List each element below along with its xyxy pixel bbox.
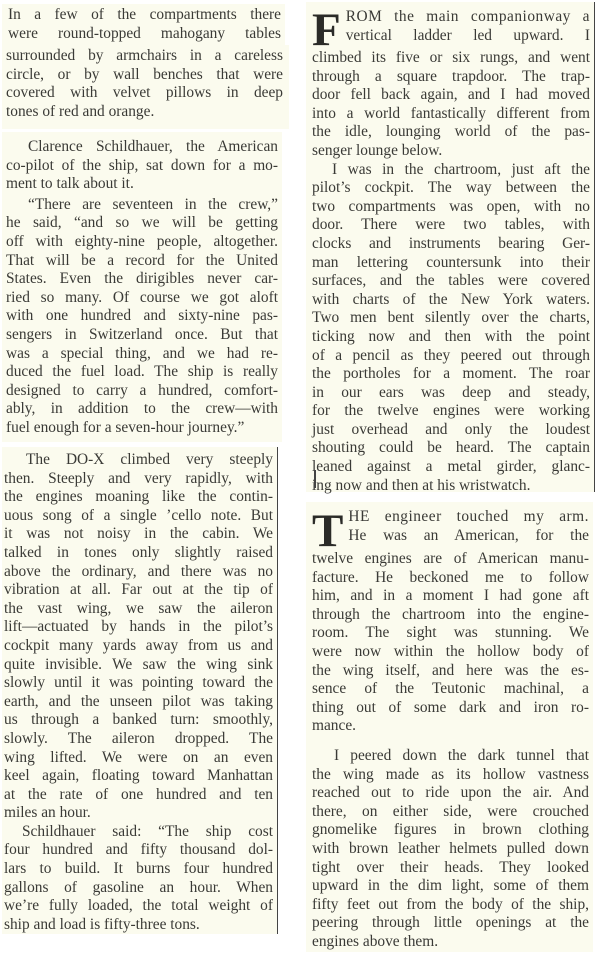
text-line: him, and in a moment I had gone aft bbox=[312, 587, 589, 606]
text-line: “There are seventeen in the crew,” bbox=[6, 196, 278, 215]
text-line: of a pencil as they peered out through bbox=[312, 347, 590, 366]
text-line: door fell back again, and I had moved bbox=[312, 86, 590, 105]
text-line: the wing itself, and here was the es- bbox=[312, 662, 589, 681]
text-line: room. The sight was stunning. We bbox=[312, 624, 589, 643]
text-line: States. Even the dirigibles never car- bbox=[6, 270, 278, 289]
text-line: earth, and the unseen pilot was taking bbox=[4, 693, 273, 712]
text-line: slowly. The aileron dropped. The bbox=[4, 730, 273, 749]
text-line: just overhead and only the loudest bbox=[312, 421, 590, 440]
text-line: he said, “and so we will be getting bbox=[6, 214, 278, 233]
text-line: the wing made as its hollow vastness bbox=[312, 766, 589, 785]
text-line: into a world fantastically different fro… bbox=[312, 105, 590, 124]
text-line: mance. bbox=[312, 717, 589, 736]
text-line: upward in the dim light, some of them bbox=[312, 877, 589, 896]
text-line: the portholes for a moment. The roar bbox=[312, 365, 590, 384]
text-line: ing now and then at his wristwatch. bbox=[312, 477, 590, 496]
text-line: Clarence Schildhauer, the American bbox=[6, 138, 278, 157]
text-line: two compartments was open, with no bbox=[312, 198, 590, 217]
text-line: He was an American, for the bbox=[312, 527, 589, 546]
text-line: gallons of gasoline an hour. When bbox=[4, 879, 273, 898]
text-line: uous song of a single ’cello note. But bbox=[4, 507, 273, 526]
drop-cap-f: F bbox=[312, 11, 341, 49]
text-line: vibration at all. Far out at the tip of bbox=[4, 581, 273, 600]
text-line: it was not noisy in the cabin. We bbox=[4, 525, 273, 544]
text-line: through a square trapdoor. The trap- bbox=[312, 68, 590, 87]
text-line: keel again, floating toward Manhattan bbox=[4, 767, 273, 786]
clipping-dox-climb: The DO-X climbed very steeply then. Stee… bbox=[2, 447, 278, 934]
text-line: at the rate of one hundred and ten bbox=[4, 786, 273, 805]
text-line: senger lounge below. bbox=[312, 142, 590, 161]
text-line: us through a banked turn: smoothly, bbox=[4, 711, 273, 730]
text-line: covered with velvet pillows in deep bbox=[6, 84, 283, 103]
text-line: there, on either side, were crouched bbox=[312, 803, 589, 822]
text-line: lift—actuated by hands in the pilot’s bbox=[4, 618, 273, 637]
text-line: I was in the chartroom, just aft the bbox=[312, 161, 590, 180]
text-line: ment to talk about it. bbox=[6, 175, 278, 194]
text-line: climbed its five or six rungs, and went bbox=[312, 49, 590, 68]
text-line: facture. He beckoned me to follow bbox=[312, 569, 589, 588]
text-line: ticking now and then with the point bbox=[312, 328, 590, 347]
text-line: lars to build. It burns four hundred bbox=[4, 860, 273, 879]
text-line: with brown leather helmets pulled down bbox=[312, 840, 589, 859]
text-line: co-pilot of the ship, sat down for a mo- bbox=[6, 157, 278, 176]
text-line: peering through little openings at the bbox=[312, 914, 589, 933]
text-line: quite invisible. We saw the wing sink bbox=[4, 656, 273, 675]
text-line: The DO-X climbed very steeply bbox=[4, 451, 273, 470]
text-line: Two men bent silently over the charts, bbox=[312, 309, 590, 328]
text-line: above the ordinary, and there was no bbox=[4, 563, 273, 582]
text-line: fuel enough for a seven-hour journey.” bbox=[6, 419, 278, 438]
text-line: In a few of the compartments there bbox=[8, 6, 281, 25]
text-line: we’re fully loaded, the total weight of bbox=[4, 897, 273, 916]
text-line: surfaces, and the tables were covered bbox=[312, 272, 590, 291]
text-line: tones of red and orange. bbox=[6, 103, 283, 122]
text-line: wing lifted. We were on an even bbox=[4, 749, 273, 768]
text-line: clocks and instruments bearing Ger- bbox=[312, 235, 590, 254]
text-line: slowly until it was pointing toward the bbox=[4, 674, 273, 693]
text-line: was a special thing, and we had re- bbox=[6, 345, 278, 364]
clipping-edge-mark bbox=[314, 470, 316, 488]
clipping-engineer: T HE engineer touched my arm. He was an … bbox=[306, 502, 593, 741]
text-line: That will be a record for the United bbox=[6, 252, 278, 271]
text-line: ried so many. Of course we got aloft bbox=[6, 289, 278, 308]
text-line: leaned against a metal girder, glanc- bbox=[312, 458, 590, 477]
drop-cap-t: T bbox=[312, 512, 343, 550]
text-line: I peered down the dark tunnel that bbox=[312, 747, 589, 766]
text-line: shouting could be heard. The captain bbox=[312, 439, 590, 458]
text-line: cockpit many yards away from us and bbox=[4, 637, 273, 656]
text-line: with charts of the New York waters. bbox=[312, 291, 590, 310]
text-line: miles an hour. bbox=[4, 804, 273, 823]
text-line: door. There were two tables, with bbox=[312, 216, 590, 235]
clipping-schildhauer-interview: Clarence Schildhauer, the American co-pi… bbox=[2, 132, 282, 442]
clipping-compartments-furniture: surrounded by armchairs in a careless ci… bbox=[2, 45, 289, 129]
text-line: sengers in Switzerland once. But that bbox=[6, 326, 278, 345]
text-line: gnomelike figures in brown clothing bbox=[312, 821, 589, 840]
text-line: twelve engines are of American manu- bbox=[312, 550, 589, 569]
text-line: ROM the main companionway a bbox=[312, 8, 590, 27]
text-line: thing out of some dark and iron ro- bbox=[312, 699, 589, 718]
text-line: engines above them. bbox=[312, 933, 589, 952]
clipping-compartments-intro: In a few of the compartments there were … bbox=[2, 4, 285, 45]
text-line: designed to carry a hundred, comfort- bbox=[6, 382, 278, 401]
text-line: fifty feet out from the body of the ship… bbox=[312, 896, 589, 915]
text-line: pilot’s cockpit. The way between the bbox=[312, 179, 590, 198]
text-line: for the twelve engines were working bbox=[312, 402, 590, 421]
text-line: off with eighty-nine people, altogether. bbox=[6, 233, 278, 252]
text-line: four hundred and fifty thousand dol- bbox=[4, 841, 273, 860]
text-line: duced the fuel load. The ship is really bbox=[6, 363, 278, 382]
text-line: man lettering countersunk into their bbox=[312, 254, 590, 273]
text-line: with one hundred and sixty-nine pas- bbox=[6, 307, 278, 326]
text-line: were now within the hollow body of bbox=[312, 643, 589, 662]
text-line: the engines moaning like the contin- bbox=[4, 488, 273, 507]
text-line: talked in tones only slightly raised bbox=[4, 544, 273, 563]
text-line: Schildhauer said: “The ship cost bbox=[4, 823, 273, 842]
text-line: ably, in addition to the crew—with bbox=[6, 400, 278, 419]
text-line: surrounded by armchairs in a careless bbox=[6, 47, 283, 66]
text-line: vertical ladder led upward. I bbox=[312, 27, 590, 46]
text-line: ship and load is fifty-three tons. bbox=[4, 916, 273, 935]
text-line: HE engineer touched my arm. bbox=[312, 508, 589, 527]
text-line: reached out to ride upon the air. And bbox=[312, 784, 589, 803]
text-line: sence of the Teutonic machinal, a bbox=[312, 680, 589, 699]
text-line: tight over their heads. They looked bbox=[312, 859, 589, 878]
text-line: the vast wing, we saw the aileron bbox=[4, 600, 273, 619]
clipping-wing-tunnel: I peered down the dark tunnel that the w… bbox=[306, 741, 593, 952]
text-line: then. Steeply and very rapidly, with bbox=[4, 470, 273, 489]
text-line: in our ears was deep and steady, bbox=[312, 384, 590, 403]
clipping-chartroom: F ROM the main companionway a vertical l… bbox=[306, 2, 595, 492]
text-line: circle, or by wall benches that were bbox=[6, 66, 283, 85]
text-line: were round-topped mahogany tables bbox=[8, 25, 281, 44]
text-line: through the chartroom into the engine- bbox=[312, 606, 589, 625]
text-line: the idle, lounging world of the pas- bbox=[312, 123, 590, 142]
